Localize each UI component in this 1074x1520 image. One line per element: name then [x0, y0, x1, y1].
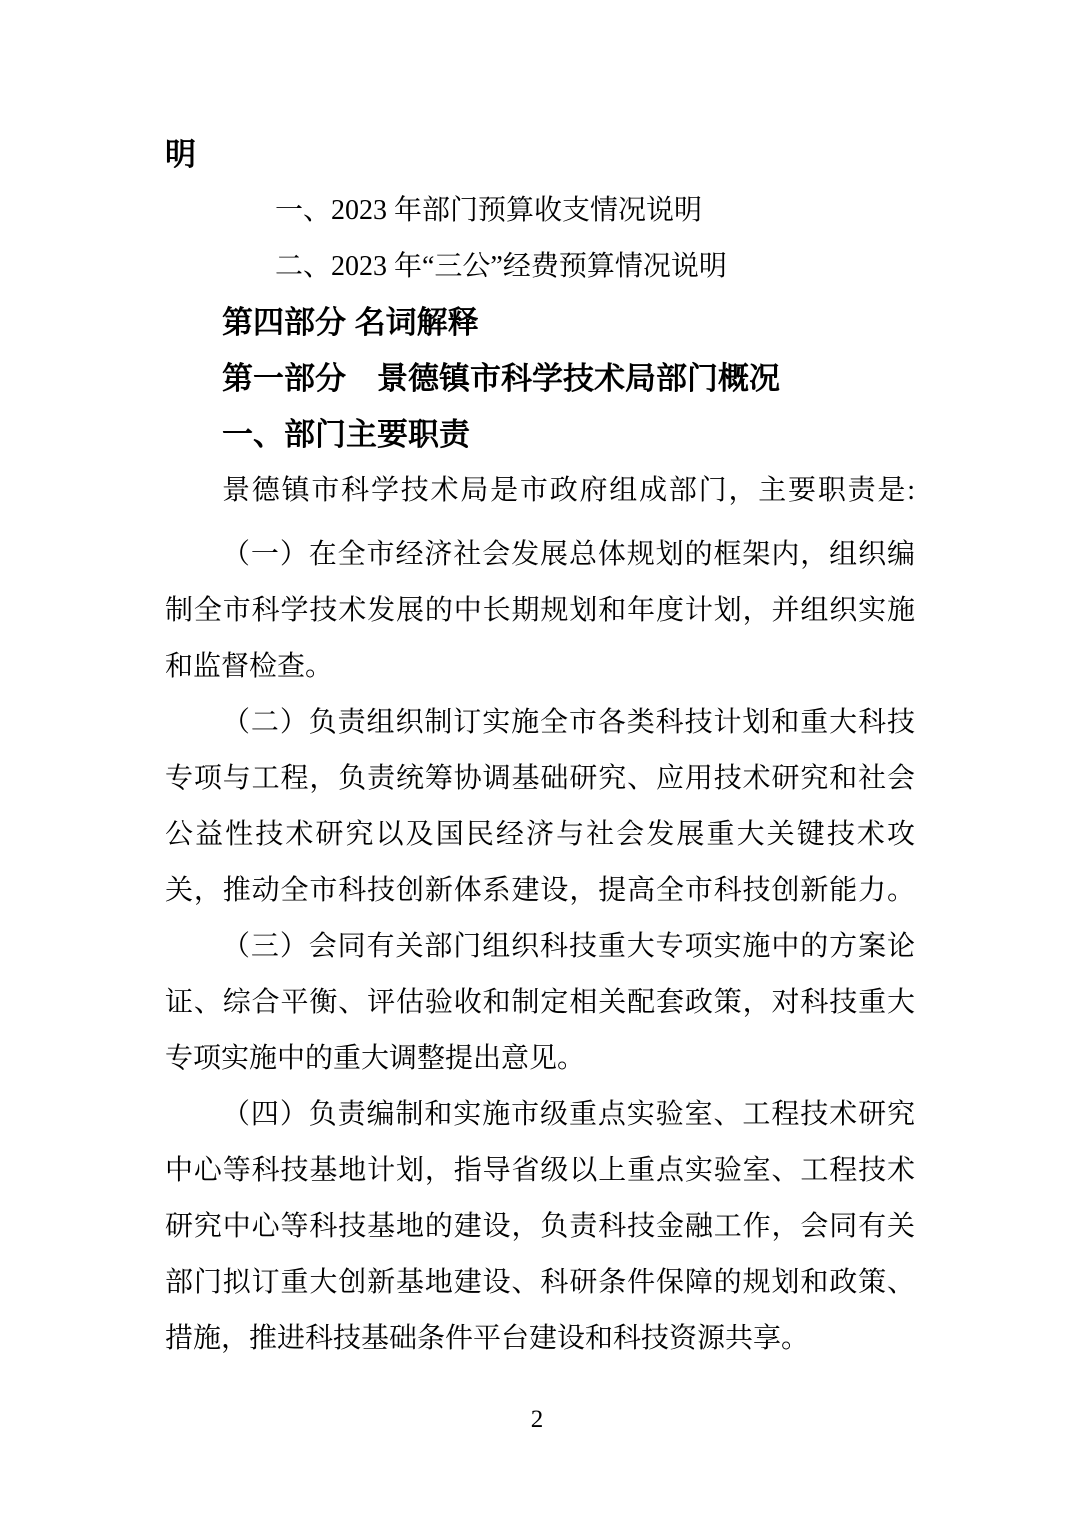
body-line: 公益性技术研究以及国民经济与社会发展重大关键技术攻 — [165, 807, 915, 863]
body-line: （一）在全市经济社会发展总体规划的框架内，组织编 — [165, 527, 915, 583]
body-line: 和监督检查。 — [165, 639, 915, 695]
body-line: 制全市科学技术发展的中长期规划和年度计划，并组织实施 — [165, 583, 915, 639]
body-line: 中心等科技基地计划，指导省级以上重点实验室、工程技术 — [165, 1143, 915, 1199]
body-line: 部门拟订重大创新基地建设、科研条件保障的规划和政策、 — [165, 1255, 915, 1311]
document-page: 明 一、2023 年部门预算收支情况说明 二、2023 年“三公”经费预算情况说… — [0, 0, 1074, 1520]
subsection-heading: 一、部门主要职责 — [165, 407, 915, 463]
heading-tail-line: 明 — [165, 127, 915, 183]
body-line: 景德镇市科学技术局是市政府组成部门，主要职责是: — [165, 463, 915, 519]
body-line: （二）负责组织制订实施全市各类科技计划和重大科技 — [165, 695, 915, 751]
toc-line: 二、2023 年“三公”经费预算情况说明 — [165, 239, 915, 295]
toc-line: 一、2023 年部门预算收支情况说明 — [165, 183, 915, 239]
body-line: 关，推动全市科技创新体系建设，提高全市科技创新能力。 — [165, 863, 915, 919]
section-heading: 第四部分 名词解释 — [165, 295, 915, 351]
body-line: 研究中心等科技基地的建设，负责科技金融工作，会同有关 — [165, 1199, 915, 1255]
document-body: 明 一、2023 年部门预算收支情况说明 二、2023 年“三公”经费预算情况说… — [165, 127, 915, 1367]
body-line: 专项与工程，负责统筹协调基础研究、应用技术研究和社会 — [165, 751, 915, 807]
body-line: 措施，推进科技基础条件平台建设和科技资源共享。 — [165, 1311, 915, 1367]
body-line: 证、综合平衡、评估验收和制定相关配套政策，对科技重大 — [165, 975, 915, 1031]
body-line: （三）会同有关部门组织科技重大专项实施中的方案论 — [165, 919, 915, 975]
body-line: （四）负责编制和实施市级重点实验室、工程技术研究 — [165, 1087, 915, 1143]
body-line: 专项实施中的重大调整提出意见。 — [165, 1031, 915, 1087]
section-heading: 第一部分 景德镇市科学技术局部门概况 — [165, 351, 915, 407]
page-number: 2 — [0, 1398, 1074, 1442]
